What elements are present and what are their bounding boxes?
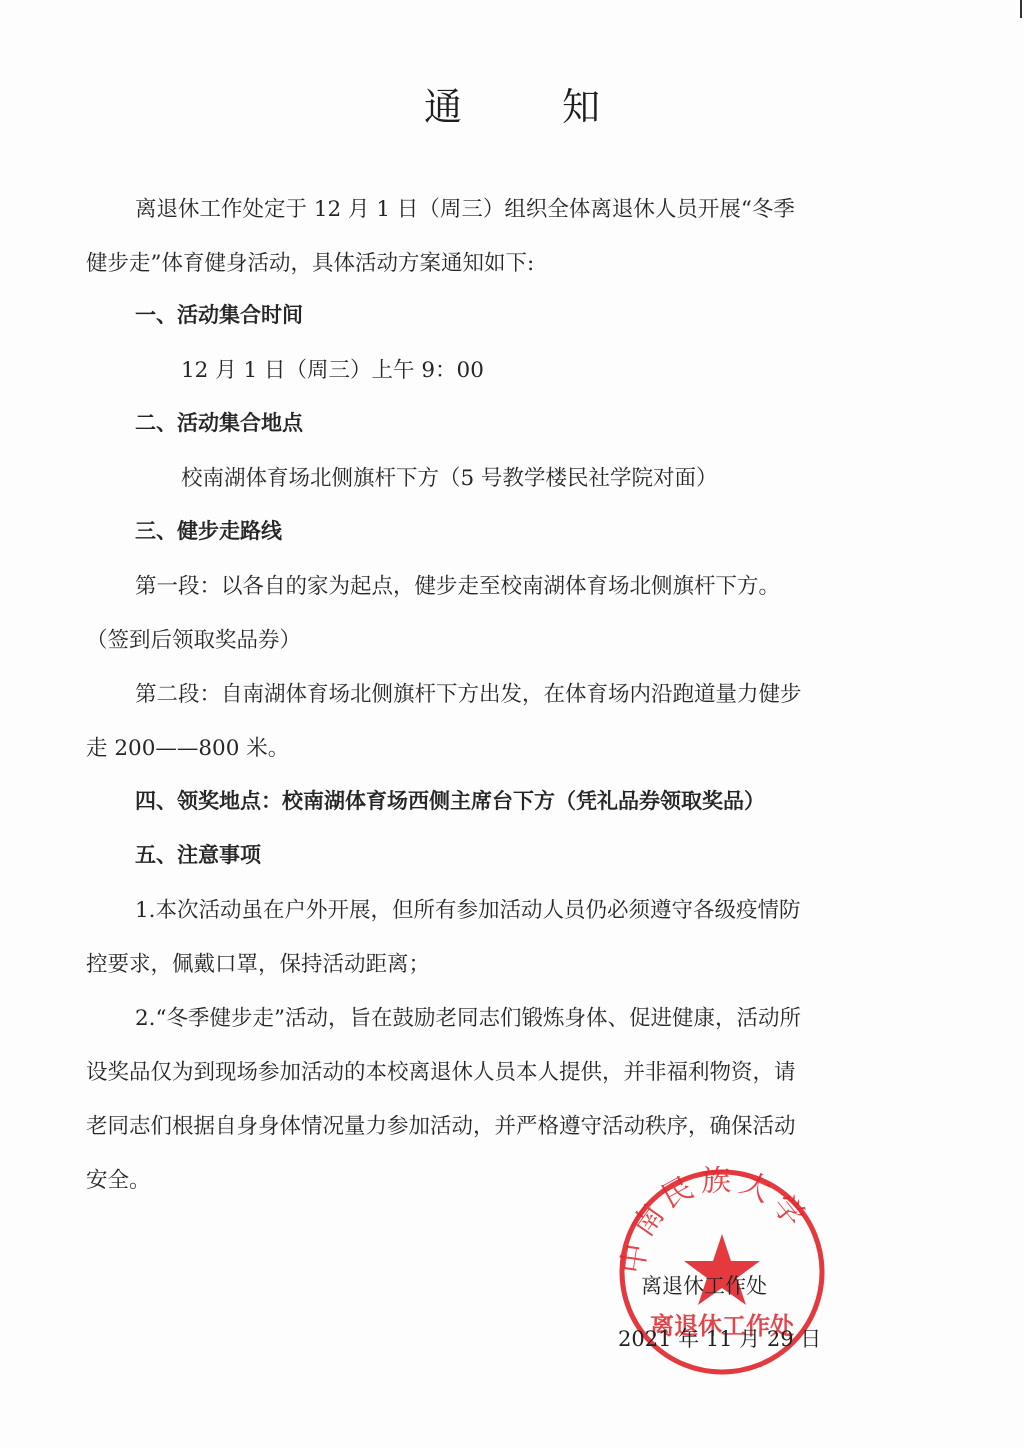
scan-edge-mark <box>1020 0 1022 18</box>
section-1-heading: 一、活动集合时间 <box>135 299 303 329</box>
document-page: 通知 离退休工作处定于 12 月 1 日（周三）组织全体离退休人员开展“冬季 健… <box>0 0 1024 1448</box>
section-5-line-3: 2.“冬季健步走”活动，旨在鼓励老同志们锻炼身体、促进健康，活动所 <box>135 1001 801 1032</box>
section-5-line-1: 1.本次活动虽在户外开展，但所有参加活动人员仍必须遵守各级疫情防 <box>135 893 801 924</box>
section-3-line-2: （签到后领取奖品券） <box>86 623 301 654</box>
section-3-line-1: 第一段：以各自的家为起点，健步走至校南湖体育场北侧旗杆下方。 <box>135 569 780 600</box>
section-5-heading: 五、注意事项 <box>135 839 261 869</box>
section-5-line-6: 安全。 <box>86 1163 151 1194</box>
section-2-heading: 二、活动集合地点 <box>135 407 303 437</box>
section-3-line-4: 走 200——800 米。 <box>86 731 289 762</box>
section-5-line-2: 控要求，佩戴口罩，保持活动距离； <box>86 947 430 978</box>
section-4-heading: 四、领奖地点：校南湖体育场西侧主席台下方（凭礼品券领取奖品） <box>135 785 765 815</box>
section-5-line-4: 设奖品仅为到现场参加活动的本校离退休人员本人提供，并非福利物资，请 <box>86 1055 796 1086</box>
section-2-line-1: 校南湖体育场北侧旗杆下方（5 号教学楼民社学院对面） <box>181 461 718 492</box>
section-3-line-3: 第二段：自南湖体育场北侧旗杆下方出发，在体育场内沿跑道量力健步 <box>135 677 802 708</box>
section-5-line-5: 老同志们根据自身身体情况量力参加活动，并严格遵守活动秩序，确保活动 <box>86 1109 796 1140</box>
signature-org: 离退休工作处 <box>641 1270 767 1300</box>
intro-line-1: 离退休工作处定于 12 月 1 日（周三）组织全体离退休人员开展“冬季 <box>135 192 795 223</box>
document-title: 通知 <box>0 76 1024 131</box>
signature-date: 2021 年 11 月 29 日 <box>618 1323 821 1353</box>
section-1-line-1: 12 月 1 日（周三）上午 9：00 <box>181 353 484 384</box>
intro-line-2: 健步走”体育健身活动，具体活动方案通知如下: <box>86 246 534 277</box>
section-3-heading: 三、健步走路线 <box>135 515 282 545</box>
